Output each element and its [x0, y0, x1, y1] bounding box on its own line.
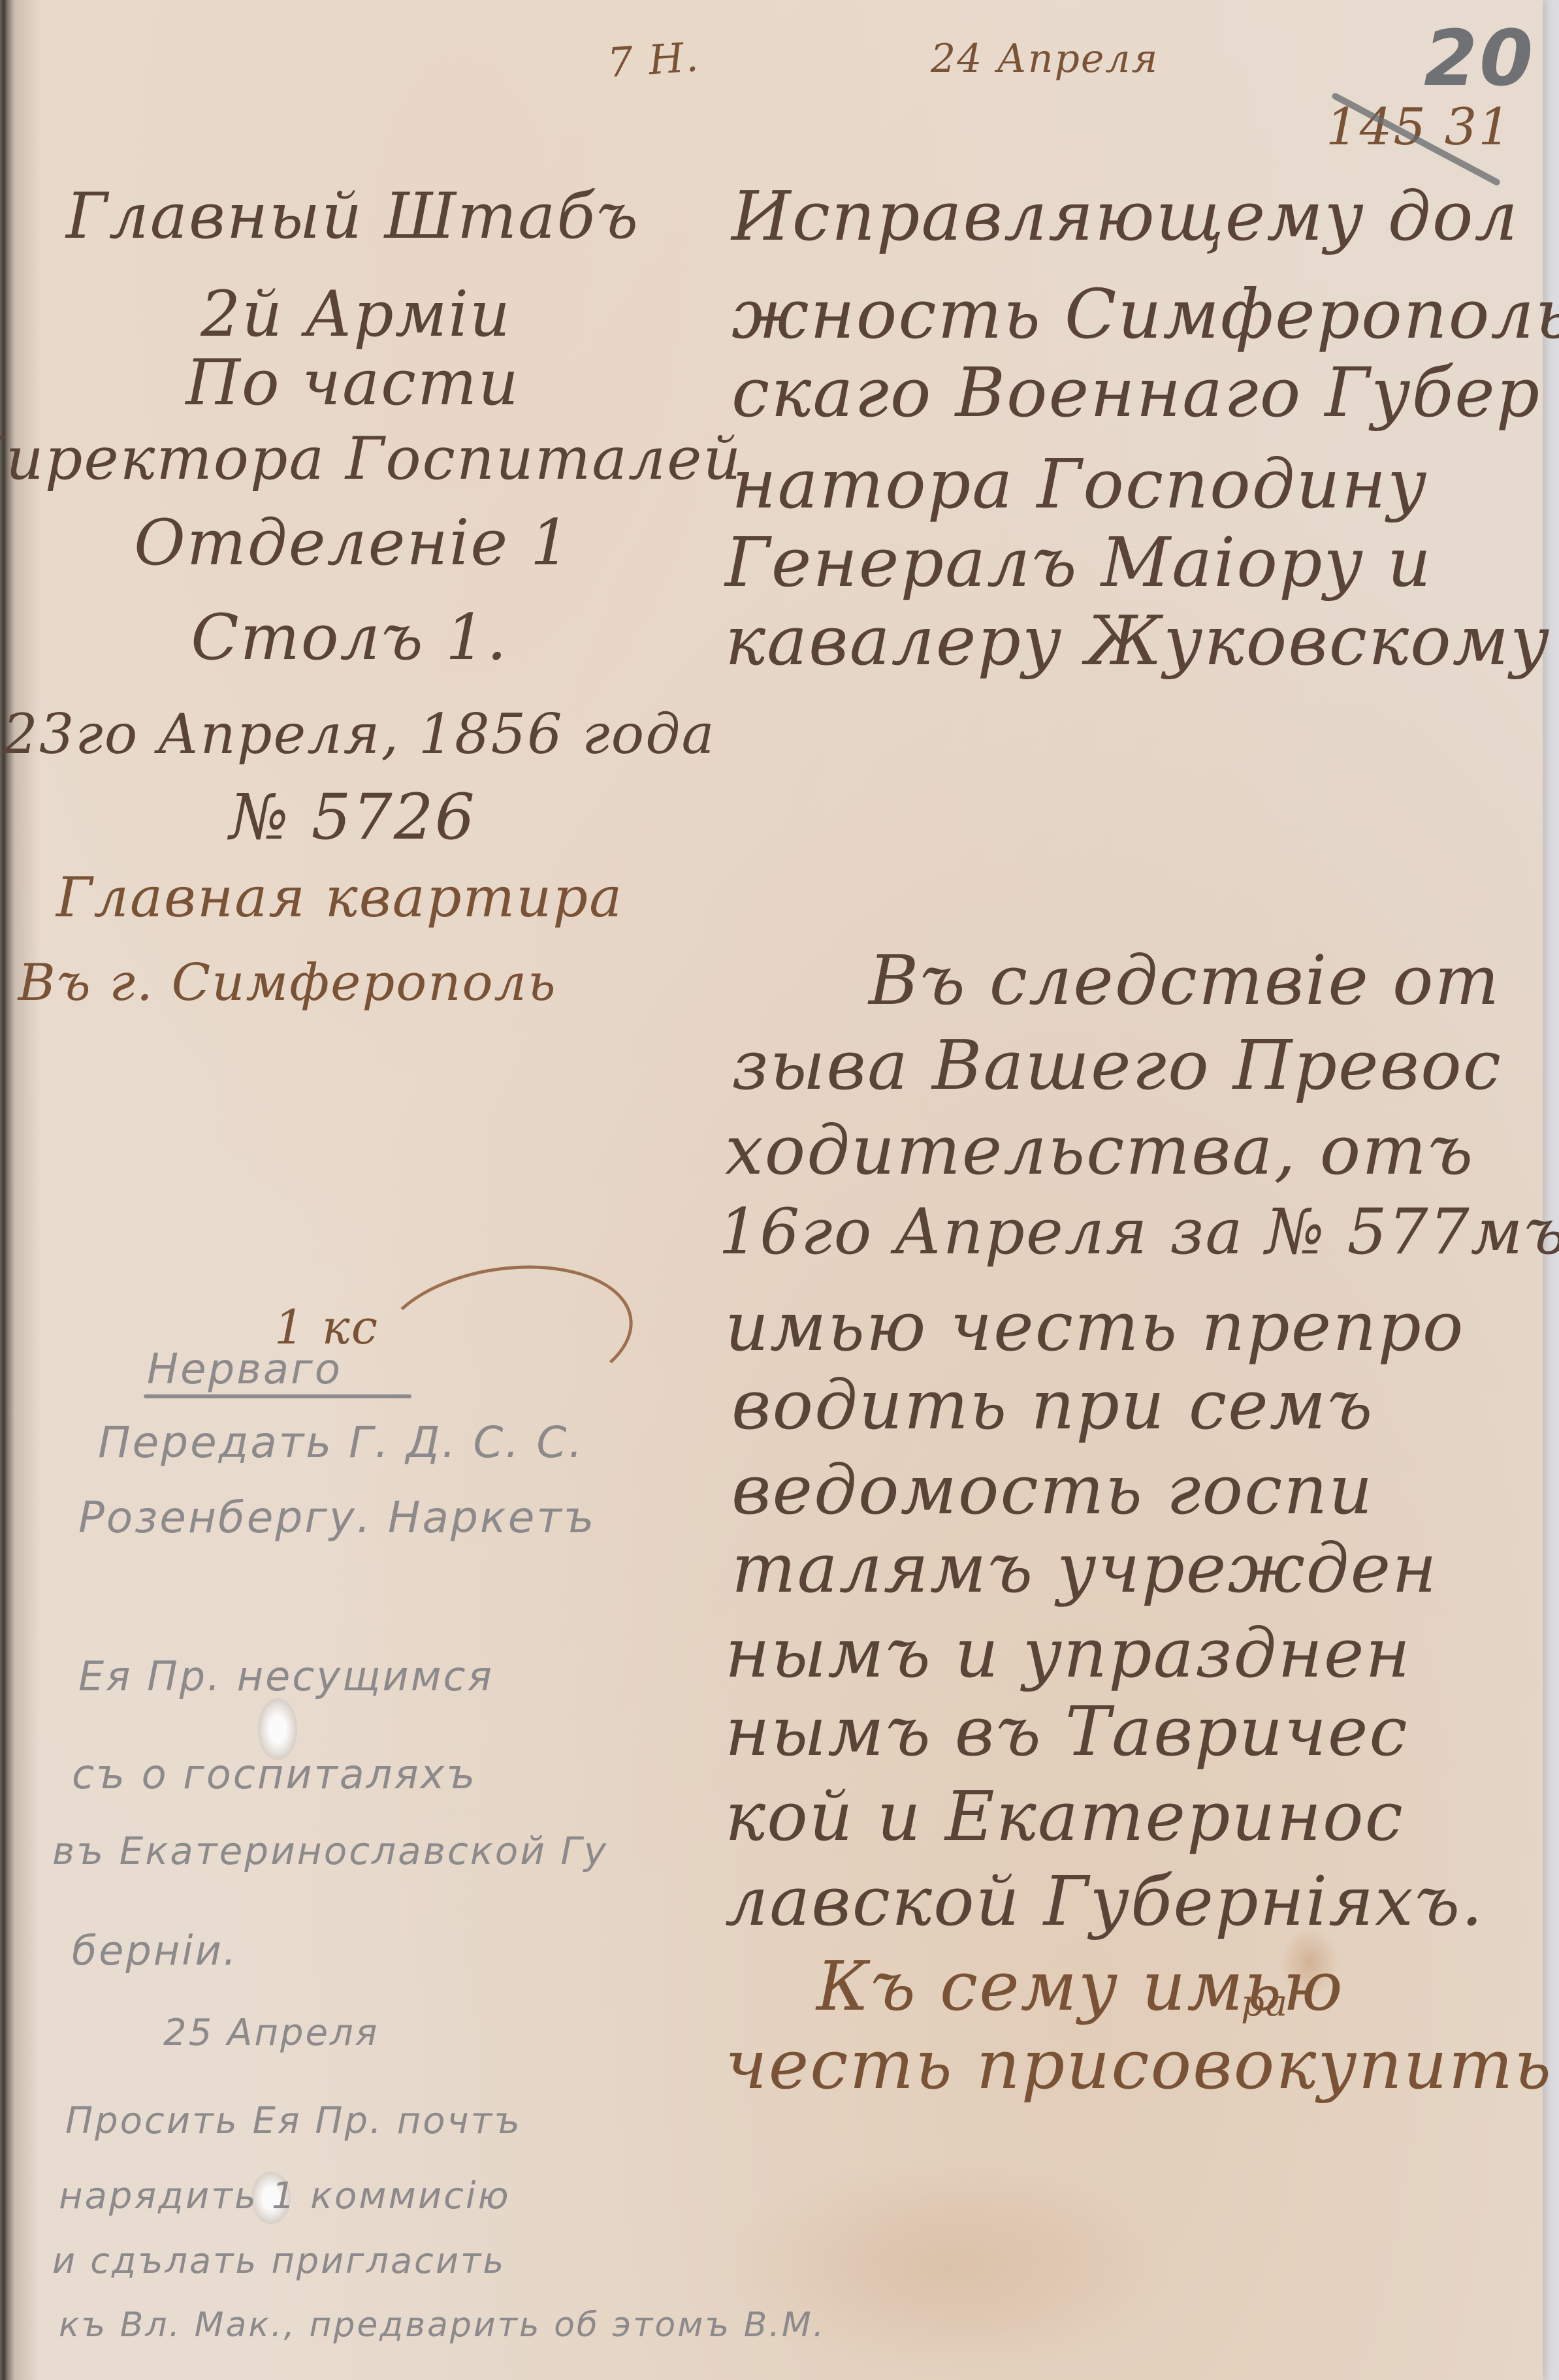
addressee-line: жность Симферополь	[731, 274, 1559, 354]
addressee-line: натора Господину	[731, 444, 1428, 524]
pencil-note-line: Ея Пр. несущимся	[78, 1652, 494, 1700]
page-number: 20	[1424, 13, 1535, 103]
manuscript-page: 7 Н. 24 Апреля 20 145 31 Главный Штабъ 2…	[0, 0, 1543, 2380]
body-line: имью честь препро	[725, 1287, 1465, 1366]
resolution-pencil: Нерваго	[147, 1345, 342, 1394]
pencil-note-line: Розенбергу. Наркетъ	[78, 1492, 596, 1543]
addressee-line: Генералъ Маіору и	[725, 523, 1432, 602]
interlinear-insertion: ра	[1241, 1982, 1289, 2025]
pencil-note-line: нарядить 1 коммисію	[59, 2175, 511, 2217]
body-line: зыва Вашего Превос	[731, 1025, 1502, 1105]
registry-mark: 7 Н.	[606, 33, 701, 87]
pencil-note-line: съ о госпиталяхъ	[72, 1750, 477, 1798]
binding-shadow	[14, 0, 40, 2380]
pencil-note-line: Передать Г. Д. С. С.	[98, 1417, 585, 1468]
body-line: талямъ учрежден	[731, 1528, 1438, 1608]
resolution-underline	[144, 1394, 411, 1398]
header-line: Главная квартира	[56, 865, 623, 929]
addressee-line: скаго Военнаго Губер	[731, 353, 1541, 432]
document-date: 23го Апреля, 1856 года	[3, 702, 715, 766]
pencil-note-line: къ Вл. Мак., предварить об этомъ В.М.	[59, 2306, 826, 2345]
header-line: По части	[185, 346, 520, 419]
header-line: Директора Госпиталей	[0, 425, 742, 493]
pencil-note-date: 25 Апреля	[163, 2012, 379, 2054]
header-line: Отделеніе 1	[134, 506, 571, 579]
pencil-note-line: берніи.	[72, 1927, 238, 1974]
body-line: честь присовокупить	[725, 2025, 1552, 2104]
body-line: лавской Губерніяхъ.	[725, 1861, 1484, 1941]
header-line: Главный Штабъ	[66, 180, 639, 253]
body-line: водить при семъ	[731, 1365, 1374, 1445]
pencil-note-line: и сдълать пригласить	[52, 2240, 506, 2281]
body-line: ходительства, отъ	[725, 1110, 1474, 1190]
body-line: 16го Апреля за № 577мъ,	[718, 1195, 1559, 1268]
pencil-note-line: въ Екатеринославской Гу	[52, 1829, 608, 1873]
addressee-line: кавалеру Жуковскому	[725, 601, 1551, 681]
body-line: Въ следствіе от	[869, 941, 1500, 1020]
binding-edge	[0, 0, 14, 2380]
addressee-line: Исправляющему дол	[731, 176, 1519, 256]
body-line: ведомость госпи	[731, 1450, 1374, 1530]
body-line: нымъ и упразднен	[725, 1613, 1411, 1693]
received-date: 24 Апреля	[931, 36, 1159, 82]
header-line: Столъ 1.	[191, 601, 508, 674]
body-line: кой и Екатеринос	[725, 1777, 1404, 1856]
body-line: нымъ въ Тавричес	[725, 1692, 1409, 1771]
header-line: 2й Арміи	[201, 278, 511, 351]
header-line: Въ г. Симферополь	[18, 954, 556, 1012]
pencil-note-line: Просить Ея Пр. почтъ	[65, 2100, 522, 2142]
document-number: № 5726	[229, 780, 476, 854]
